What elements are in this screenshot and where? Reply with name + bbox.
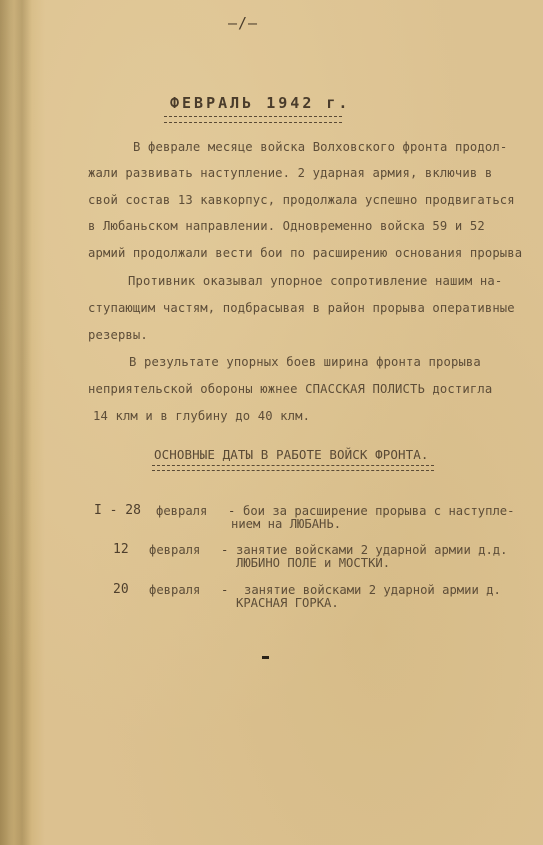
date-days: 20 [113, 582, 129, 597]
date-description-line: КРАСНАЯ ГОРКА. [236, 596, 339, 610]
date-days: I - 28 [94, 503, 141, 518]
paragraph-line: В результате упорных боев ширина фронта … [129, 355, 481, 369]
date-month: февраля [149, 543, 200, 557]
paragraph-line: Противник оказывал упорное сопротивление… [128, 274, 502, 288]
date-month: февраля [156, 504, 207, 518]
date-dash: - [221, 583, 228, 597]
date-description-line: занятие войсками 2 ударной армии д.д. [236, 543, 508, 557]
section-heading-double-underline [152, 465, 434, 471]
date-description-line: занятие войсками 2 ударной армии д. [244, 583, 501, 597]
section-heading: ОСНОВНЫЕ ДАТЫ В РАБОТЕ ВОЙСК ФРОНТА. [154, 447, 429, 462]
paragraph-line: неприятельской обороны южнее СПАССКАЯ ПО… [88, 382, 492, 396]
paragraph-line: жали развивать наступление. 2 ударная ар… [88, 166, 492, 180]
paragraph-line: армий продолжали вести бои по расширению… [88, 246, 522, 260]
document-title: ФЕВРАЛЬ 1942 г. [170, 94, 350, 112]
document-page: —/— ФЕВРАЛЬ 1942 г. В феврале месяце вой… [0, 0, 543, 845]
date-description-line: бои за расширение прорыва с наступле- [243, 504, 515, 518]
title-double-underline [164, 116, 342, 123]
paragraph-line: В феврале месяце войска Волховского фрон… [133, 140, 507, 154]
paragraph-line: свой состав 13 кавкорпус, продолжала усп… [88, 193, 515, 207]
paragraph-line: 14 клм и в глубину до 40 клм. [93, 409, 310, 423]
page-number: —/— [228, 14, 258, 32]
date-days: 12 [113, 542, 129, 557]
ink-mark [262, 656, 269, 659]
binding-edge [0, 0, 32, 845]
date-dash: - [221, 543, 228, 557]
date-description-line: ЛЮБИНО ПОЛЕ и МОСТКИ. [236, 556, 390, 570]
paragraph-line: ступающим частям, подбрасывая в район пр… [88, 301, 515, 315]
paragraph-line: в Любаньском направлении. Одновременно в… [88, 219, 485, 233]
date-description-line: нием на ЛЮБАНЬ. [231, 517, 341, 531]
paragraph-line: резервы. [88, 328, 148, 342]
date-dash: - [228, 504, 235, 518]
date-month: февраля [149, 583, 200, 597]
